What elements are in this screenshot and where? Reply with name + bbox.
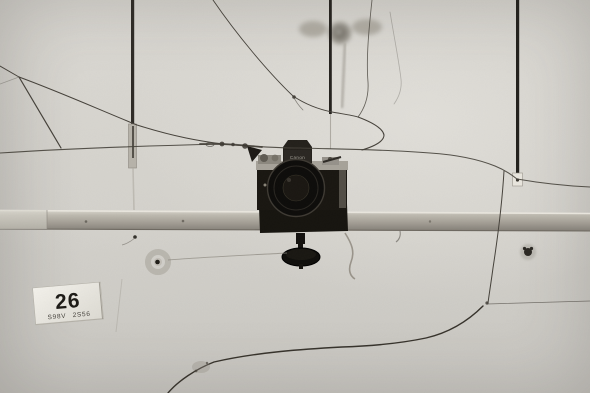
photo-frame: Canon [0,0,590,393]
film-grain-overlay [0,0,590,393]
photo-canvas: Canon [0,0,590,393]
